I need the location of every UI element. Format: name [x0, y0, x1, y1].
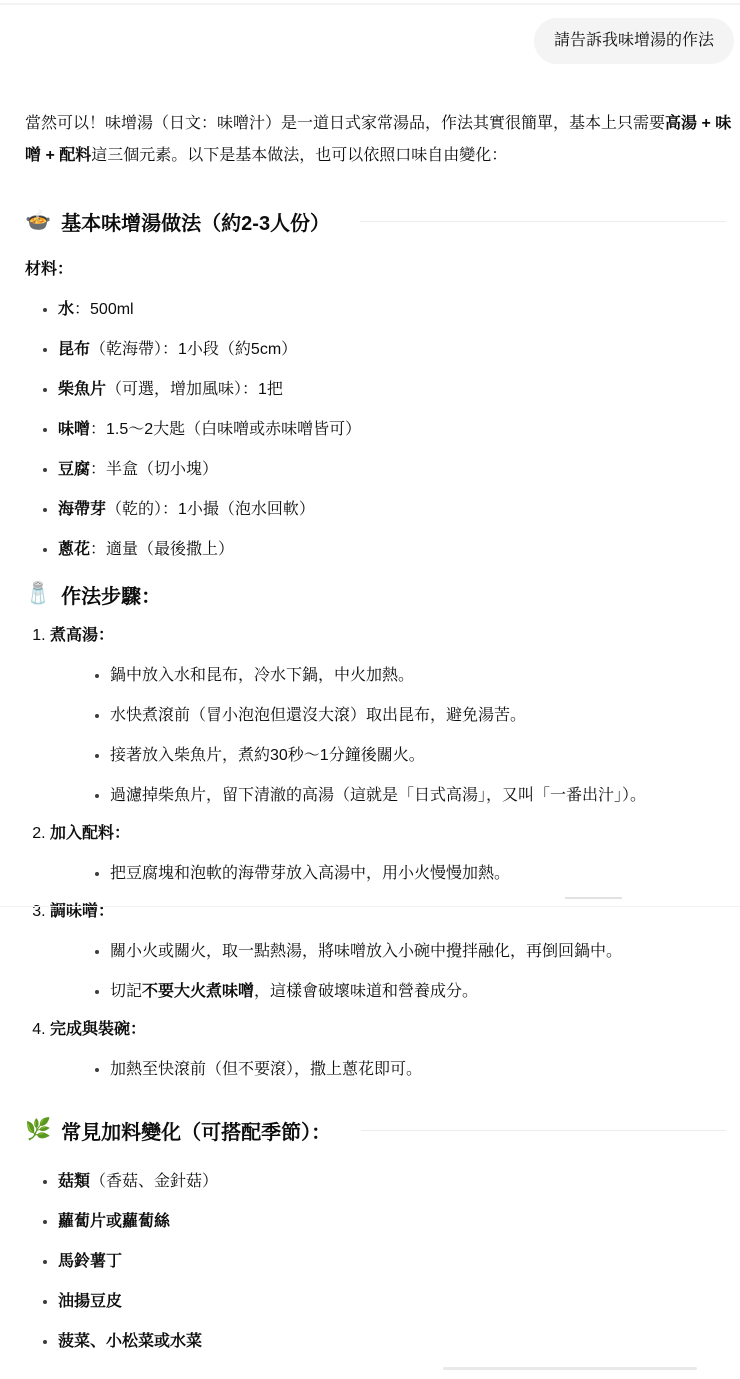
ingredient-detail: ：500ml: [74, 301, 134, 318]
substep-item: 過濾掉柴魚片，留下清澈的高湯（這就是「日式高湯」，又叫「一番出汁」）。: [110, 783, 732, 809]
materials-label: 材料：: [25, 257, 732, 283]
substep-item: 鍋中放入水和昆布，冷水下鍋，中火加熱。: [110, 663, 732, 689]
ingredient-item: 水：500ml: [58, 297, 732, 323]
substep-item: 接著放入柴魚片，煮約30秒～1分鐘後關火。: [110, 743, 732, 769]
step-item: 完成與裝碗： 加熱至快滾前（但不要滾），撒上蔥花即可。: [50, 1017, 732, 1083]
ingredient-name: 水: [58, 301, 74, 318]
ingredient-item: 海帶芽（乾的）：1小撮（泡水回軟）: [58, 497, 732, 523]
variation-name: 菇類: [58, 1173, 90, 1190]
variation-item: 馬鈴薯丁: [58, 1249, 732, 1275]
variations-list: 菇類（香菇、金針菇） 蘿蔔片或蘿蔔絲 馬鈴薯丁 油揚豆皮 菠菜、小松菜或水菜: [25, 1169, 732, 1355]
heading-rule: [360, 221, 726, 222]
screenshot-top-divider: [0, 3, 740, 5]
section-heading-basic-recipe-label: 基本味增湯做法（約2-3人份）: [61, 207, 330, 236]
intro-text-post: 這三個元素。以下是基本做法，也可以依照口味自由變化：: [91, 147, 507, 164]
substep-text: 把豆腐塊和泡軟的海帶芽放入高湯中，用小火慢慢加熱。: [110, 865, 510, 882]
intro-text-pre: 當然可以！味增湯（日文：味噌汁）是一道日式家常湯品，作法其實很簡單，基本上只需要: [25, 115, 665, 132]
section-heading-variations-label: 常見加料變化（可搭配季節）：: [61, 1116, 331, 1145]
pot-of-food-emoji: 🍲: [25, 209, 51, 233]
variation-name: 蘿蔔片或蘿蔔絲: [58, 1213, 170, 1230]
substep-text: 加熱至快滾前（但不要滾），撒上蔥花即可。: [110, 1061, 422, 1078]
substeps-list: 把豆腐塊和泡軟的海帶芽放入高湯中，用小火慢慢加熱。: [50, 861, 732, 887]
intro-paragraph: 當然可以！味增湯（日文：味噌汁）是一道日式家常湯品，作法其實很簡單，基本上只需要…: [25, 108, 732, 172]
step-title: 完成與裝碗：: [50, 1021, 146, 1038]
section-heading-steps-label: 作法步驟：: [61, 580, 161, 609]
substeps-list: 鍋中放入水和昆布，冷水下鍋，中火加熱。 水快煮滾前（冒小泡泡但還沒大滾）取出昆布…: [50, 663, 732, 809]
ingredients-list: 水：500ml 昆布（乾海帶）：1小段（約5cm） 柴魚片（可選，增加風味）：1…: [25, 297, 732, 563]
substeps-list: 關小火或關火，取一點熱湯，將味噌放入小碗中攪拌融化，再倒回鍋中。 切記不要大火煮…: [50, 939, 732, 1005]
stitch-dash-divider: [565, 897, 622, 899]
substep-item: 切記不要大火煮味噌，這樣會破壞味道和營養成分。: [110, 979, 732, 1005]
substep-text: 接著放入柴魚片，煮約30秒～1分鐘後關火。: [110, 747, 425, 764]
ingredient-item: 柴魚片（可選，增加風味）：1把: [58, 377, 732, 403]
variation-item: 菠菜、小松菜或水菜: [58, 1329, 732, 1355]
substep-item: 關小火或關火，取一點熱湯，將味噌放入小碗中攪拌融化，再倒回鍋中。: [110, 939, 732, 965]
ingredient-detail: ：半盒（切小塊）: [90, 461, 218, 478]
section-heading-variations: 🌿 常見加料變化（可搭配季節）：: [25, 1115, 732, 1145]
herb-emoji: 🌿: [25, 1118, 51, 1142]
heading-rule: [361, 1130, 726, 1131]
assistant-message: 當然可以！味增湯（日文：味噌汁）是一道日式家常湯品，作法其實很簡單，基本上只需要…: [0, 108, 740, 1355]
ingredient-name: 海帶芽: [58, 501, 106, 518]
substep-text: ，這樣會破壞味道和營養成分。: [254, 983, 478, 1000]
step-item: 加入配料： 把豆腐塊和泡軟的海帶芽放入高湯中，用小火慢慢加熱。: [50, 821, 732, 887]
ingredient-detail: （可選，增加風味）：1把: [106, 381, 283, 398]
ingredient-detail: （乾海帶）：1小段（約5cm）: [90, 341, 297, 358]
substep-text: 關小火或關火，取一點熱湯，將味噌放入小碗中攪拌融化，再倒回鍋中。: [110, 943, 622, 960]
ingredient-detail: ：適量（最後撒上）: [90, 541, 234, 558]
variation-name: 菠菜、小松菜或水菜: [58, 1333, 202, 1350]
variation-detail: （香菇、金針菇）: [90, 1173, 218, 1190]
section-heading-basic-recipe: 🍲 基本味增湯做法（約2-3人份）: [25, 206, 732, 236]
substep-text: 切記: [110, 983, 142, 1000]
section-heading-steps: 🧂 作法步驟：: [25, 579, 732, 609]
step-item: 調味噌： 關小火或關火，取一點熱湯，將味噌放入小碗中攪拌融化，再倒回鍋中。 切記…: [50, 899, 732, 1005]
user-message-bubble: 請告訴我味增湯的作法: [534, 18, 734, 64]
substep-bold: 不要大火煮味噌: [142, 983, 254, 1000]
ingredient-detail: ：1.5～2大匙（白味噌或赤味噌皆可）: [90, 421, 361, 438]
step-title: 煮高湯：: [50, 627, 114, 644]
substep-item: 水快煮滾前（冒小泡泡但還沒大滾）取出昆布，避免湯苦。: [110, 703, 732, 729]
substep-text: 過濾掉柴魚片，留下清澈的高湯（這就是「日式高湯」，又叫「一番出汁」）。: [110, 787, 646, 804]
ingredient-name: 味噌: [58, 421, 90, 438]
variation-name: 馬鈴薯丁: [58, 1253, 122, 1270]
ingredient-item: 昆布（乾海帶）：1小段（約5cm）: [58, 337, 732, 363]
substep-text: 水快煮滾前（冒小泡泡但還沒大滾）取出昆布，避免湯苦。: [110, 707, 526, 724]
step-title: 加入配料：: [50, 825, 130, 842]
steps-list: 煮高湯： 鍋中放入水和昆布，冷水下鍋，中火加熱。 水快煮滾前（冒小泡泡但還沒大滾…: [25, 623, 732, 1083]
user-message-row: 請告訴我味增湯的作法: [0, 0, 740, 64]
variation-item: 菇類（香菇、金針菇）: [58, 1169, 732, 1195]
ingredient-item: 豆腐：半盒（切小塊）: [58, 457, 732, 483]
substep-item: 把豆腐塊和泡軟的海帶芽放入高湯中，用小火慢慢加熱。: [110, 861, 732, 887]
ingredient-name: 柴魚片: [58, 381, 106, 398]
substep-item: 加熱至快滾前（但不要滾），撒上蔥花即可。: [110, 1057, 732, 1083]
ingredient-item: 味噌：1.5～2大匙（白味噌或赤味噌皆可）: [58, 417, 732, 443]
ingredient-item: 蔥花：適量（最後撒上）: [58, 537, 732, 563]
stitch-line-divider: [0, 906, 740, 907]
substep-text: 鍋中放入水和昆布，冷水下鍋，中火加熱。: [110, 667, 414, 684]
ingredient-name: 昆布: [58, 341, 90, 358]
variation-item: 油揚豆皮: [58, 1289, 732, 1315]
salt-shaker-emoji: 🧂: [25, 582, 51, 606]
ingredient-name: 蔥花: [58, 541, 90, 558]
ingredient-name: 豆腐: [58, 461, 90, 478]
step-item: 煮高湯： 鍋中放入水和昆布，冷水下鍋，中火加熱。 水快煮滾前（冒小泡泡但還沒大滾…: [50, 623, 732, 809]
variation-name: 油揚豆皮: [58, 1293, 122, 1310]
substeps-list: 加熱至快滾前（但不要滾），撒上蔥花即可。: [50, 1057, 732, 1083]
bottom-scroll-divider: [443, 1367, 697, 1370]
variation-item: 蘿蔔片或蘿蔔絲: [58, 1209, 732, 1235]
ingredient-detail: （乾的）：1小撮（泡水回軟）: [106, 501, 315, 518]
